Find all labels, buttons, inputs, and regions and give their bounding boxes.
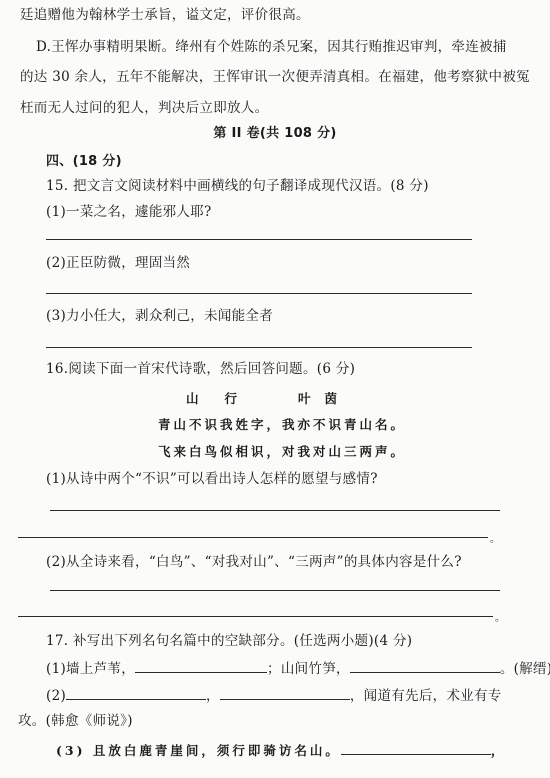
poem-title: 山行 xyxy=(186,390,263,408)
q17-item-1-prefix: (1)墙上芦苇， xyxy=(46,661,135,677)
q17-item-2-blank-1[interactable] xyxy=(66,685,206,700)
q15-answer-line-2[interactable] xyxy=(46,293,472,294)
q17-prompt: 17. 补写出下列名句名篇中的空缺部分。(任选两小题)(4 分) xyxy=(46,632,412,650)
q16-prompt: 16.阅读下面一首宋代诗歌，然后回答问题。(6 分) xyxy=(46,360,355,378)
poem-title-text: 山行 xyxy=(186,391,263,406)
section-heading: 四、(18 分) xyxy=(46,153,122,171)
q17-item-2: (2)，，闻道有先后，术业有专 xyxy=(46,685,502,705)
q15-item-3: (3)力小任大，剥众利己，未闻能全者 xyxy=(46,307,273,325)
q17-item-1-mid: ；山间竹笋， xyxy=(267,661,350,677)
option-d-line: D.王恽办事精明果断。绛州有个姓陈的杀兄案，因其行贿推迟审判，牵连被捕 xyxy=(36,38,507,56)
option-d-line: 枉而无人过问的犯人，判决后立即放人。 xyxy=(20,99,268,117)
q17-item-3: (3) 且放白鹿青崖间，须行即骑访名山。， xyxy=(56,740,506,760)
q16-sub1: (1)从诗中两个“不识”可以看出诗人怎样的愿望与感情? xyxy=(46,470,378,488)
volume-title: 第 II 卷(共 108 分) xyxy=(0,125,550,143)
q17-item-3-text: (3) 且放白鹿青崖间，须行即骑访名山。 xyxy=(56,743,341,758)
option-d-line: 的达 30 余人，五年不能解决，王恽审讯一次便弄清真相。在福建，他考察狱中被冤 xyxy=(20,68,530,86)
q16-sub1-answer-line-2[interactable] xyxy=(18,537,488,538)
q15-item-1: (1)一菜之名，遽能邪人耶? xyxy=(46,203,212,221)
poem-author: 叶茵 xyxy=(298,390,351,408)
q15-answer-line-3[interactable] xyxy=(46,347,472,348)
poem-line-2: 飞来白鸟似相识，对我对山三两声。 xyxy=(158,443,406,461)
q17-item-1-blank-1[interactable] xyxy=(135,658,267,673)
poem-line-1: 青山不识我姓字，我亦不识青山名。 xyxy=(158,416,406,434)
passage-line: 廷追赠他为翰林学士承旨，谥文定，评价很高。 xyxy=(20,6,310,24)
q15-item-2: (2)正臣防微，理固当然 xyxy=(46,254,190,272)
q15-answer-line-1[interactable] xyxy=(46,239,472,240)
q17-item-2-mid: ， xyxy=(206,688,220,704)
q15-prompt: 15. 把文言文阅读材料中画横线的句子翻译成现代汉语。(8 分) xyxy=(46,177,429,195)
q17-item-3-blank[interactable] xyxy=(341,740,491,755)
q17-item-2-wrap: 攻。(韩愈《师说》) xyxy=(18,712,133,730)
end-mark: 。 xyxy=(495,609,505,624)
q17-item-3-suffix: ， xyxy=(491,743,507,758)
q17-item-1-blank-2[interactable] xyxy=(350,658,500,673)
q17-item-2-blank-2[interactable] xyxy=(220,685,350,700)
q17-item-2-suffix: ，闻道有先后，术业有专 xyxy=(350,688,502,704)
q17-item-1: (1)墙上芦苇，；山间竹笋，。(解缙) xyxy=(46,658,550,678)
end-mark: 。 xyxy=(490,530,500,545)
q16-sub2-answer-line-2[interactable] xyxy=(18,616,493,617)
q17-item-1-suffix: 。(解缙) xyxy=(500,661,550,677)
q16-sub2: (2)从全诗来看，“白鸟”、“对我对山”、“三两声”的具体内容是什么? xyxy=(46,553,462,571)
q17-item-2-prefix: (2) xyxy=(46,688,66,704)
q16-sub2-answer-line-1[interactable] xyxy=(50,590,500,591)
q16-sub1-answer-line-1[interactable] xyxy=(50,510,500,511)
